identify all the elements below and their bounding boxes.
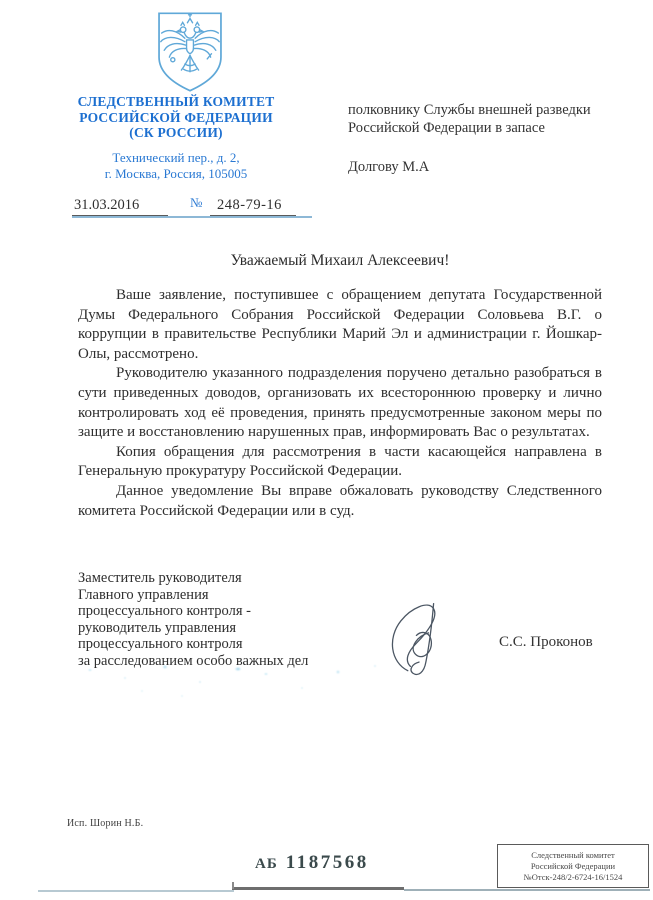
recipient-line: полковнику Службы внешней разведки (348, 102, 638, 120)
recipient-line: Российской Федерации в запасе (348, 120, 638, 138)
body-paragraph: Ваше заявление, поступившее с обращением… (78, 286, 602, 364)
stamp-box-line: Следственный комитет (498, 850, 648, 861)
number-sign: № (190, 195, 202, 211)
letter-body: Ваше заявление, поступившее с обращением… (78, 286, 602, 521)
org-name-block: СЛЕДСТВЕННЫЙ КОМИТЕТ РОССИЙСКОЙ ФЕДЕРАЦИ… (40, 94, 312, 141)
stamp-box-line: №Отск-248/2-6724-16/1524 (498, 872, 648, 883)
page-edge-line (404, 889, 650, 891)
page-edge-line (38, 890, 234, 892)
reference-date: 31.03.2016 (74, 197, 139, 214)
signer-name: С.С. Проконов (499, 634, 593, 651)
signer-position-line: процессуального контроля - (78, 603, 378, 620)
body-paragraph: Копия обращения для рассмотрения в части… (78, 443, 602, 482)
signer-position-line: Главного управления (78, 587, 378, 604)
faded-stamp-smudge (70, 658, 400, 706)
stamp-box-line: Российской Федерации (498, 861, 648, 872)
reference-row: 31.03.2016 № 248-79-16 (74, 197, 319, 219)
blank-form-number: АБ1187568 (255, 852, 369, 874)
signer-position-line: процессуального контроля (78, 636, 378, 653)
org-name-line: РОССИЙСКОЙ ФЕДЕРАЦИИ (40, 110, 312, 126)
salutation: Уважаемый Михаил Алексеевич! (78, 252, 602, 270)
org-address-line: Технический пер., д. 2, (40, 150, 312, 166)
coat-of-arms-emblem (147, 8, 233, 96)
page-edge-line (232, 882, 234, 889)
blank-digits: 1187568 (286, 852, 369, 873)
recipient-name: Долгову М.А (348, 159, 638, 177)
reference-number: 248-79-16 (217, 197, 282, 214)
reference-underline (72, 215, 168, 216)
body-paragraph: Данное уведомление Вы вправе обжаловать … (78, 482, 602, 521)
reference-underline (210, 215, 296, 216)
signer-position-line: Заместитель руководителя (78, 570, 378, 587)
signer-position-block: Заместитель руководителя Главного управл… (78, 570, 378, 669)
org-name-line: (СК РОССИИ) (40, 125, 312, 141)
org-address-line: г. Москва, Россия, 105005 (40, 166, 312, 182)
org-address-block: Технический пер., д. 2, г. Москва, Росси… (40, 150, 312, 182)
recipient-block: полковнику Службы внешней разведки Росси… (348, 102, 638, 177)
document-page: СЛЕДСТВЕННЫЙ КОМИТЕТ РОССИЙСКОЙ ФЕДЕРАЦИ… (0, 0, 653, 900)
org-name-line: СЛЕДСТВЕННЫЙ КОМИТЕТ (40, 94, 312, 110)
blank-series: АБ (255, 856, 278, 872)
body-paragraph: Руководителю указанного подразделения по… (78, 364, 602, 442)
signer-position-line: руководитель управления (78, 620, 378, 637)
page-edge-line (232, 887, 404, 890)
executor-note: Исп. Шорин Н.Б. (67, 818, 143, 829)
registration-stamp-box: Следственный комитет Российской Федераци… (497, 844, 649, 888)
reference-underline (72, 216, 312, 218)
